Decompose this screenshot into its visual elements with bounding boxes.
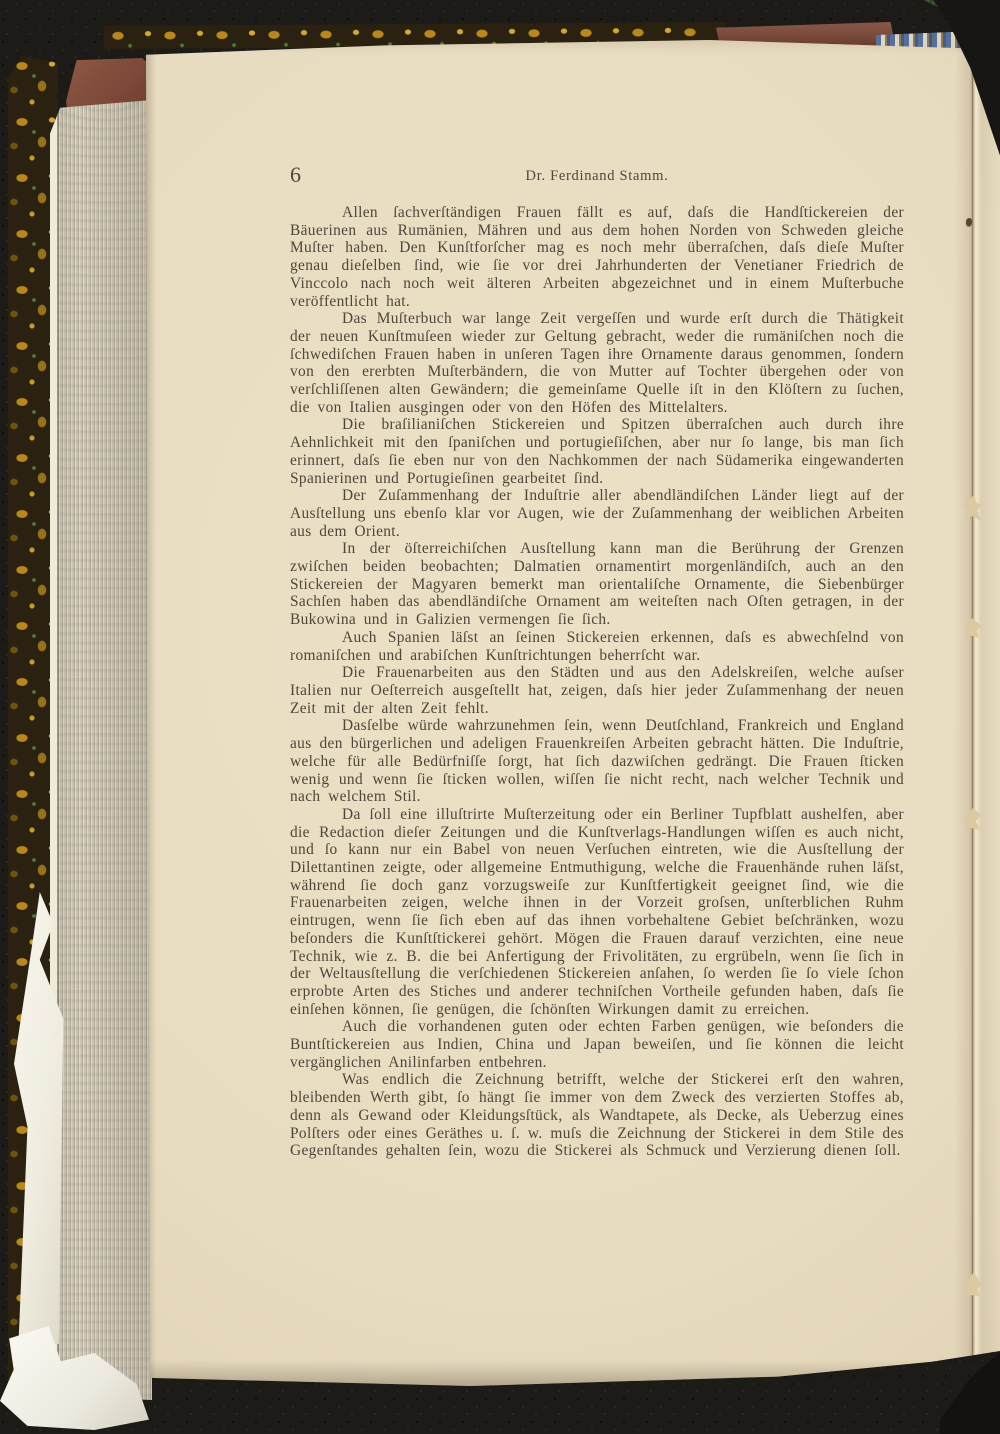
gutter-crease: [972, 48, 973, 1367]
paragraph: Dasſelbe würde wahrzunehmen ſein, wenn D…: [290, 717, 904, 806]
body-text: Allen ſachverſtändigen Frauen fällt es a…: [290, 204, 904, 1160]
paragraph: Da ſoll eine illuſtrirte Muſterzeitung o…: [290, 806, 904, 1018]
page-header: 6 Dr. Ferdinand Stamm.: [290, 160, 904, 194]
scanned-book-photo: 6 Dr. Ferdinand Stamm. Allen ſachverſtän…: [0, 0, 1000, 1434]
page-stack-fore-edge: [50, 100, 152, 1400]
running-head: Dr. Ferdinand Stamm.: [290, 168, 904, 185]
paragraph: In der öſterreichiſchen Ausſtellung kann…: [290, 540, 904, 629]
paragraph: Auch die vorhandenen guten oder echten F…: [290, 1018, 904, 1071]
paragraph: Die braſilianiſchen Stickereien und Spit…: [290, 416, 904, 487]
paragraph: Allen ſachverſtändigen Frauen fällt es a…: [290, 204, 904, 310]
paragraph: Die Frauenarbeiten aus den Städten und a…: [290, 664, 904, 717]
paragraph: Auch Spanien läſst an ſeinen Stickereien…: [290, 629, 904, 664]
gutter-fold: [954, 40, 1000, 1386]
book-page: 6 Dr. Ferdinand Stamm. Allen ſachverſtän…: [146, 40, 1000, 1386]
paragraph: Der Zuſammenhang der Induſtrie aller abe…: [290, 487, 904, 540]
paragraph: Was endlich die Zeichnung betrifft, welc…: [290, 1071, 904, 1160]
paragraph: Das Muſterbuch war lange Zeit vergeſſen …: [290, 310, 904, 416]
